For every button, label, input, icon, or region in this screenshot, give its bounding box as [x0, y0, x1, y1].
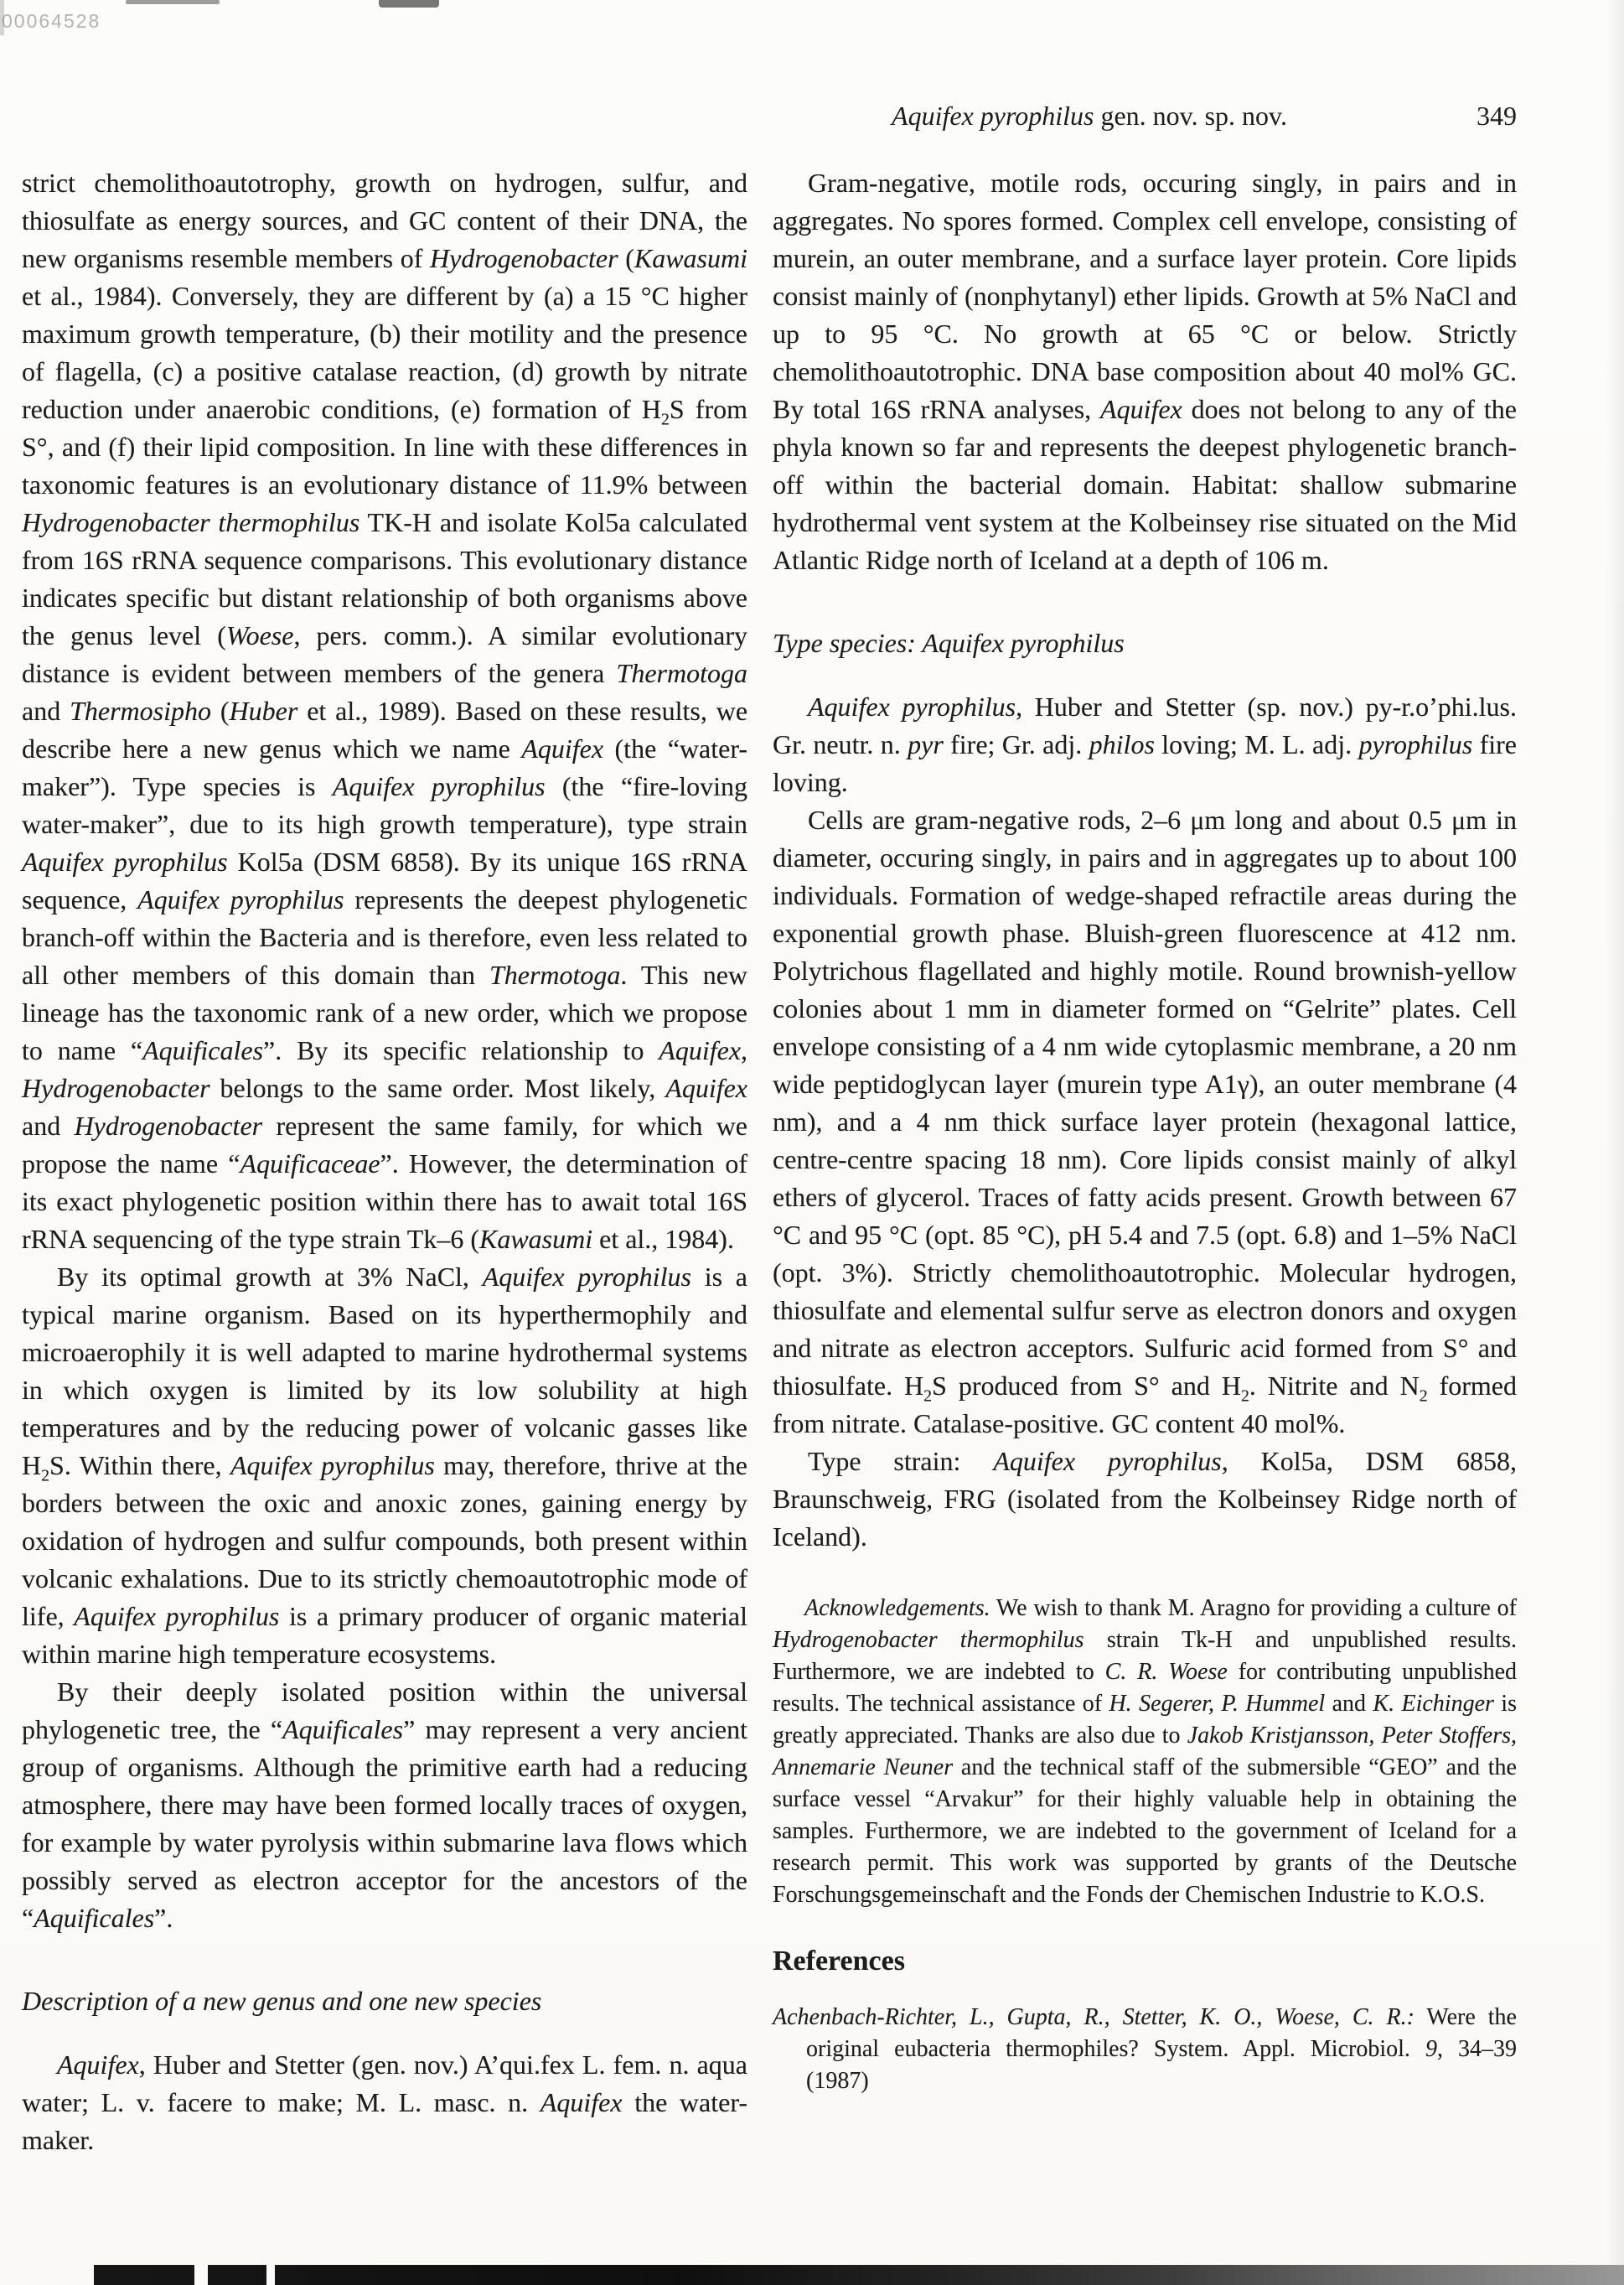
paragraph: Gram-negative, motile rods, occuring sin…	[773, 164, 1517, 579]
italic-text: Aquifex pyrophilus	[137, 884, 344, 915]
italic-text: Aquifex	[57, 2049, 139, 2080]
text-run: belongs to the same order. Most likely,	[210, 1073, 666, 1103]
scan-edge-shade	[1606, 0, 1624, 2285]
italic-text: Hydrogenobacter	[22, 1073, 210, 1103]
text-run: ,	[741, 1035, 747, 1065]
scan-artifact	[194, 2265, 208, 2285]
italic-text: Aquifex pyrophilus	[808, 692, 1016, 722]
text-run: and	[1325, 1691, 1373, 1717]
italic-text: Aquifex pyrophilus	[333, 771, 546, 801]
text-run: fire; Gr. adj.	[944, 729, 1089, 759]
italic-text: pyr	[908, 729, 944, 759]
italic-text: Aquifex pyrophilus	[892, 101, 1094, 131]
references-heading: References	[773, 1943, 1517, 1980]
italic-text: Aquificaceae	[240, 1148, 380, 1179]
text-run: Gram-negative, motile rods, occuring sin…	[773, 168, 1517, 424]
italic-text: Aquifex pyrophilus	[230, 1450, 435, 1480]
text-run: ”. By its specific relationship to	[263, 1035, 659, 1065]
italic-text: Aquificales	[34, 1903, 154, 1933]
italic-text: Aquifex pyrophilus	[22, 847, 228, 877]
page-number: 349	[1416, 101, 1517, 132]
italic-text: Aquificales	[142, 1035, 263, 1065]
italic-text: Acknowledgements.	[804, 1595, 990, 1621]
italic-text: Aquifex	[540, 2087, 623, 2117]
italic-text: Kawasumi	[634, 243, 747, 273]
italic-text: pyrophilus	[1359, 729, 1473, 759]
italic-text: Aquifex pyrophilus	[993, 1446, 1221, 1476]
scan-artifact	[126, 0, 220, 4]
text-run: Cells are gram-negative rods, 2–6 μm lon…	[773, 805, 1517, 1401]
italic-text: Aquifex pyrophilus	[483, 1262, 691, 1292]
italic-text: Hydrogenobacter	[430, 243, 618, 273]
paragraph: Cells are gram-negative rods, 2–6 μm lon…	[773, 801, 1517, 1443]
reference-entry: Achenbach-Richter, L., Gupta, R., Stette…	[773, 2002, 1517, 2097]
text-run: loving; M. L. adj.	[1155, 729, 1359, 759]
acknowledgements: Acknowledgements. We wish to thank M. Ar…	[773, 1593, 1517, 1911]
scan-bottom-bar	[94, 2265, 1624, 2285]
text-run: S produced from S° and H	[932, 1370, 1241, 1401]
text-run: is a typical marine organism. Based on i…	[22, 1262, 747, 1480]
text-run: et al., 1984). Conversely, they are diff…	[22, 281, 747, 424]
text-run: . Nitrite and N	[1249, 1370, 1420, 1401]
italic-text: philos	[1089, 729, 1155, 759]
text-run: (	[211, 696, 230, 726]
text-run: S. Within there,	[49, 1450, 230, 1480]
italic-text: Aquifex	[665, 1073, 747, 1103]
text-run: Type strain:	[808, 1446, 993, 1476]
paragraph: By its optimal growth at 3% NaCl, Aquife…	[22, 1258, 747, 1673]
italic-text: Description of a new genus and one new s…	[22, 1986, 541, 2016]
italic-text: Hydrogenobacter thermophilus	[773, 1627, 1084, 1653]
section-heading: Type species: Aquifex pyrophilus	[773, 624, 1517, 662]
italic-text: Hydrogenobacter thermophilus	[22, 507, 359, 537]
subscript-text: 2	[661, 410, 670, 428]
italic-text: Aquifex	[1100, 394, 1182, 424]
scan-artifact	[379, 0, 439, 8]
paragraph: strict chemolithoautotrophy, growth on h…	[22, 164, 747, 1258]
text-run: (	[618, 243, 634, 273]
paragraph: Aquifex pyrophilus, Huber and Stetter (s…	[773, 688, 1517, 801]
italic-text: Thermotoga	[489, 960, 620, 990]
paragraph: Type strain: Aquifex pyrophilus, Kol5a, …	[773, 1443, 1517, 1556]
italic-text: K. Eichinger	[1373, 1691, 1494, 1717]
italic-text: Aquifex pyrophilus	[74, 1601, 279, 1631]
italic-text: Achenbach-Richter, L., Gupta, R., Stette…	[773, 2004, 1415, 2030]
italic-text: Aquifex	[659, 1035, 741, 1065]
text-run: References	[773, 1946, 905, 1977]
subscript-text: 2	[1241, 1386, 1249, 1405]
italic-text: 9	[1425, 2036, 1437, 2062]
subscript-text: 2	[923, 1386, 932, 1405]
text-run: and	[22, 696, 70, 726]
italic-text: Kawasumi	[479, 1224, 592, 1254]
left-column: strict chemolithoautotrophy, growth on h…	[22, 164, 747, 2159]
text-run: ”.	[154, 1903, 173, 1933]
italic-text: Aquificales	[282, 1714, 403, 1744]
running-title: Aquifex pyrophilus gen. nov. sp. nov.	[771, 101, 1408, 132]
paragraph: Aquifex, Huber and Stetter (gen. nov.) A…	[22, 2046, 747, 2159]
text-run: gen. nov. sp. nov.	[1094, 101, 1287, 131]
journal-page: 00064528 Aquifex pyrophilus gen. nov. sp…	[0, 0, 1624, 2285]
text-run: We wish to thank M. Aragno for providing…	[990, 1595, 1517, 1621]
italic-text: C. R. Woese	[1105, 1659, 1228, 1685]
italic-text: Huber	[230, 696, 298, 726]
scan-artifact	[0, 0, 4, 35]
right-column: Gram-negative, motile rods, occuring sin…	[773, 164, 1517, 2097]
section-heading: Description of a new genus and one new s…	[22, 1982, 747, 2020]
text-run: By its optimal growth at 3% NaCl,	[57, 1262, 483, 1292]
subscript-text: 2	[41, 1466, 49, 1484]
italic-text: Woese	[226, 620, 294, 650]
italic-text: Hydrogenobacter	[75, 1111, 263, 1141]
italic-text: Thermosipho	[70, 696, 211, 726]
italic-text: Thermotoga	[617, 658, 747, 688]
italic-text: H. Segerer, P. Hummel	[1109, 1691, 1325, 1717]
text-run: et al., 1984).	[592, 1224, 734, 1254]
scan-stamp: 00064528	[2, 10, 101, 33]
subscript-text: 2	[1420, 1386, 1428, 1405]
italic-text: Aquifex	[521, 733, 603, 764]
text-run: ” may represent a very ancient group of …	[22, 1714, 747, 1933]
text-run: and	[22, 1111, 75, 1141]
scan-artifact	[266, 2265, 275, 2285]
paragraph: By their deeply isolated position within…	[22, 1673, 747, 1937]
italic-text: Type species: Aquifex pyrophilus	[773, 628, 1125, 658]
